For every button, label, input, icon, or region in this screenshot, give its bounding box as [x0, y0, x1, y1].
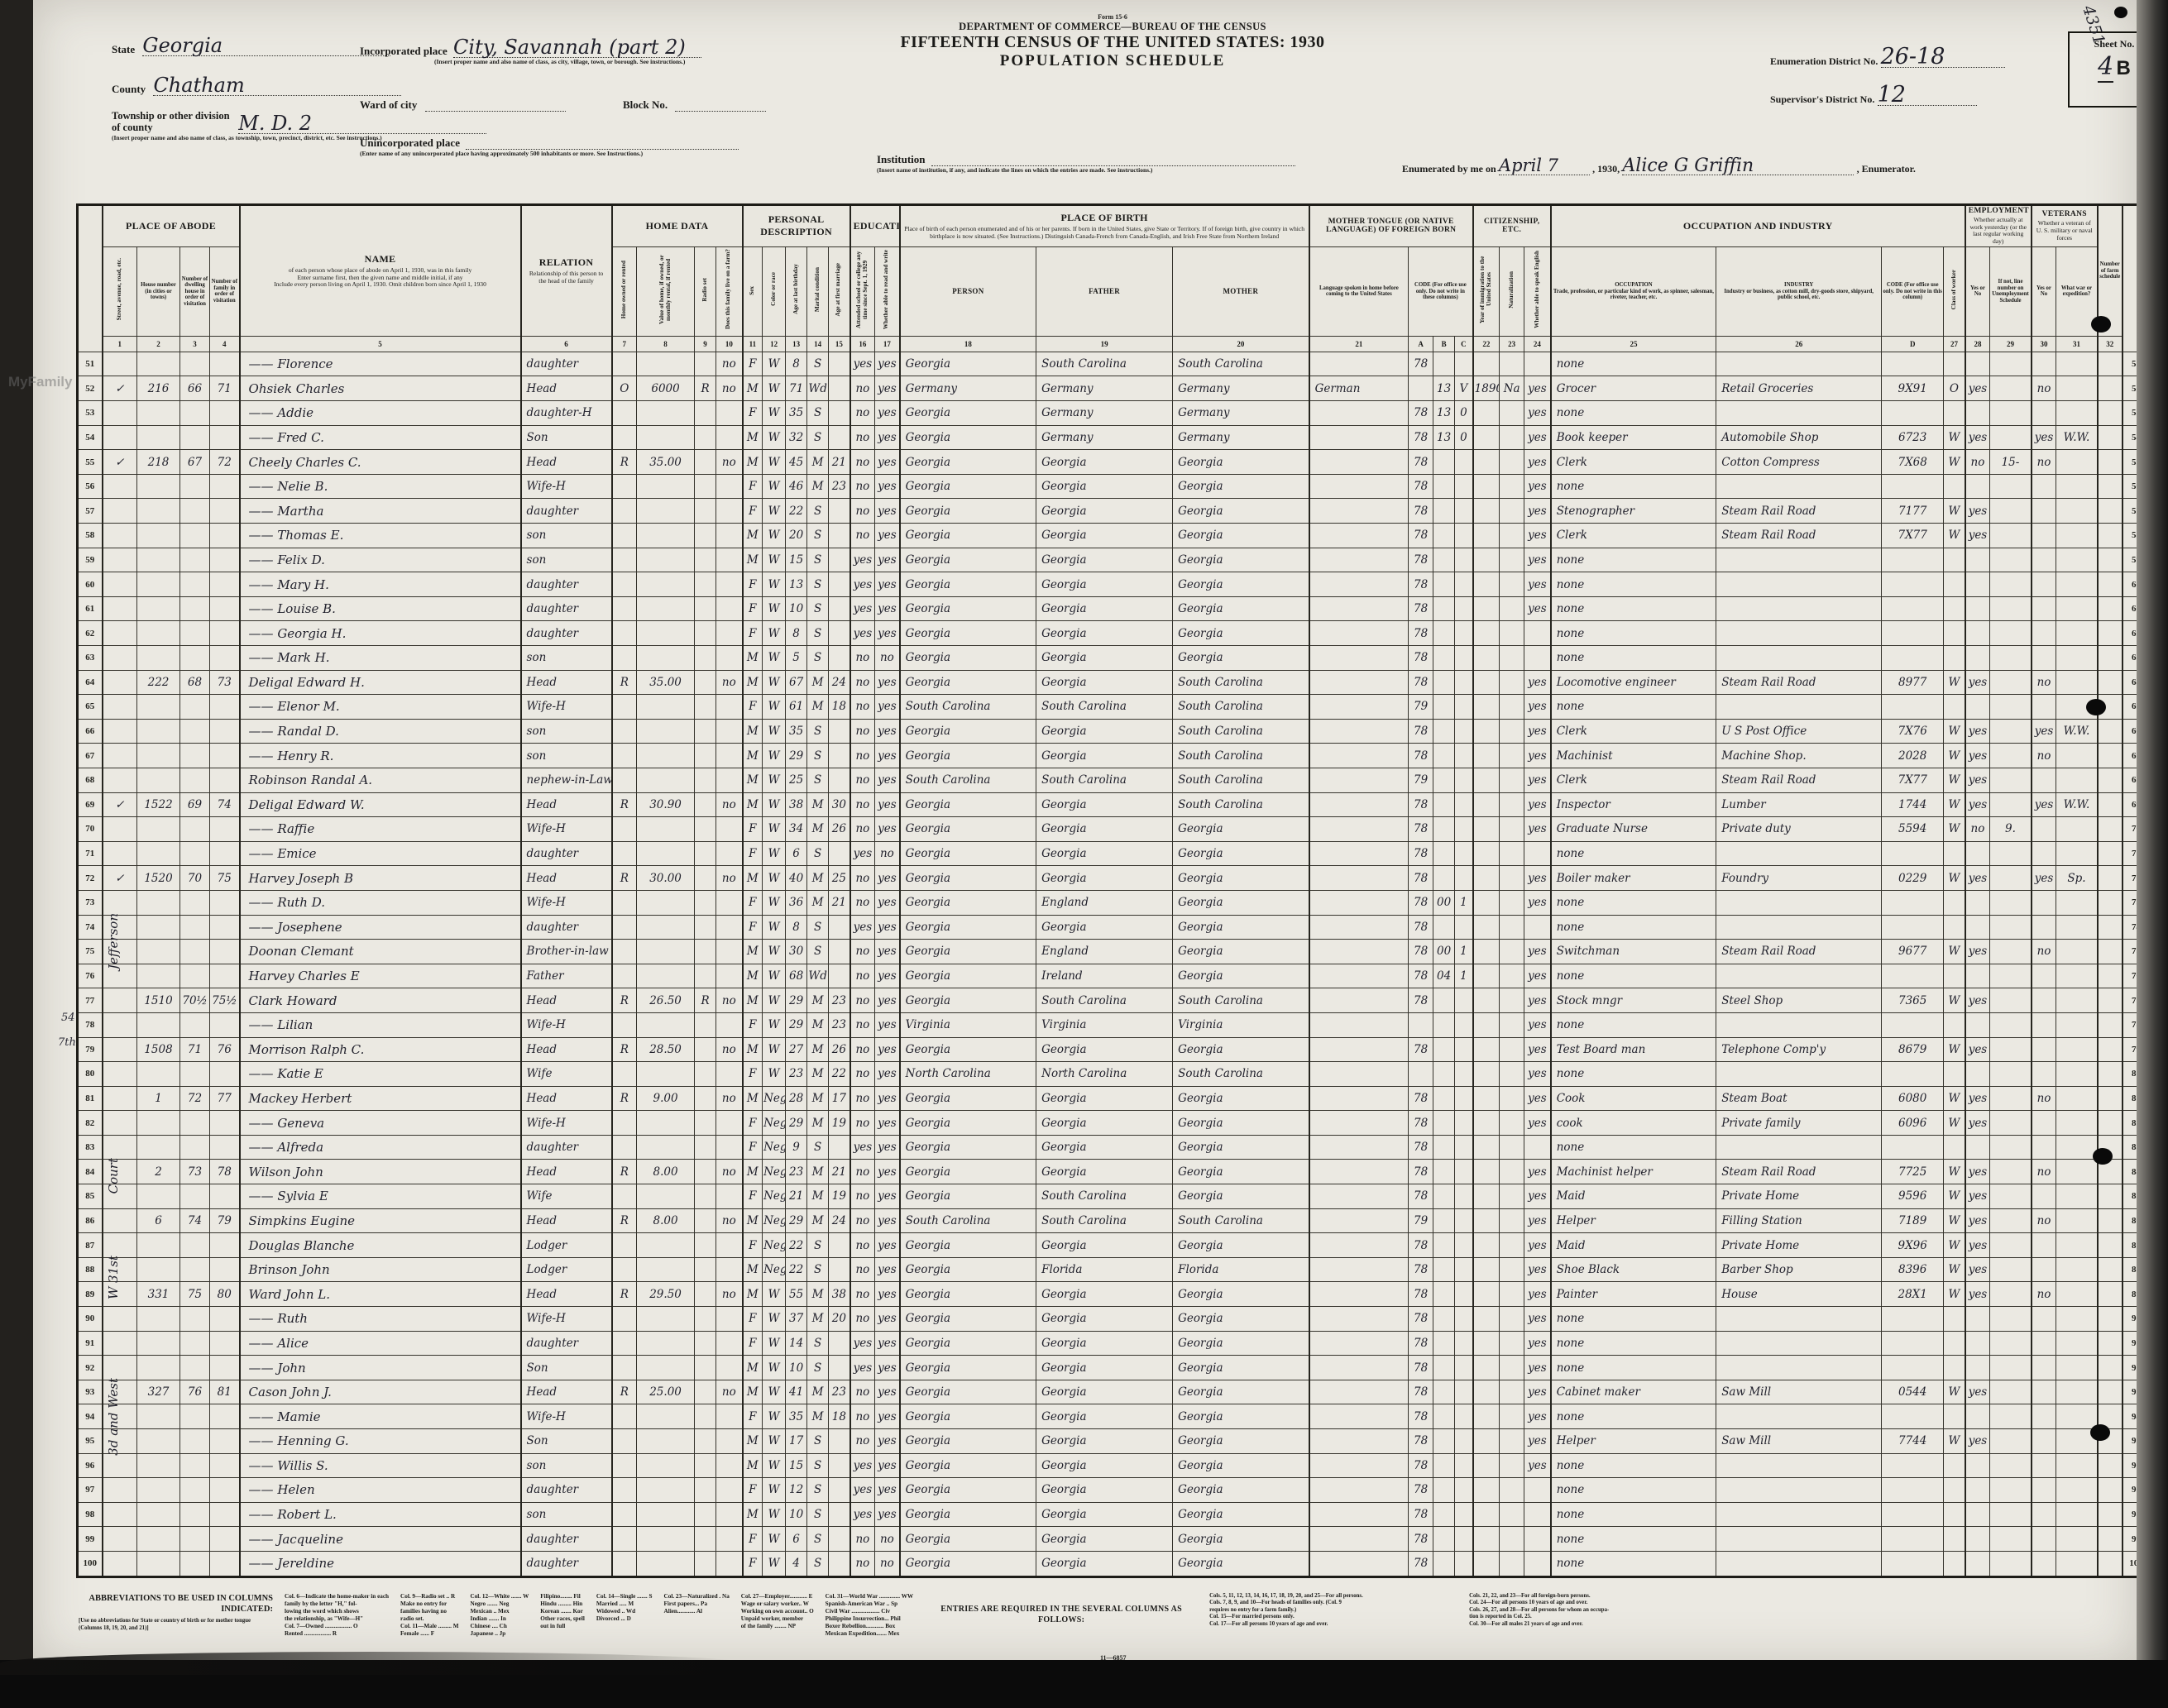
- cell-occupation: none: [1551, 1356, 1716, 1380]
- cell-dwelling-number: [180, 1527, 210, 1552]
- column-number-12: 12: [763, 336, 786, 352]
- cell-farm: [716, 890, 743, 915]
- cell-relation: daughter: [521, 1478, 612, 1503]
- cell-house-number: [137, 1184, 180, 1209]
- cell-occupation: none: [1551, 890, 1716, 915]
- cell-age-first-marriage: [829, 1331, 850, 1356]
- cell-name: —— Georgia H.: [240, 621, 521, 646]
- cell-birthplace-person: Georgia: [900, 425, 1036, 450]
- cell-radio-set: [695, 499, 716, 524]
- cell-immigration-year: [1473, 1502, 1500, 1527]
- cell-marital-condition: S: [807, 1551, 829, 1576]
- cell-naturalization: [1500, 768, 1524, 792]
- cell-marital-condition: S: [807, 499, 829, 524]
- cell-mother-tongue: German: [1309, 376, 1409, 401]
- cell-code-a: 79: [1409, 1208, 1433, 1233]
- cell-code-b: [1433, 817, 1455, 842]
- cell-mother-tongue: [1309, 499, 1409, 524]
- cell-birthplace-father: Georgia: [1036, 499, 1173, 524]
- cell-code-b: [1433, 1282, 1455, 1307]
- cell-birthplace-person: Georgia: [900, 1233, 1036, 1258]
- cell-code-c: [1455, 1037, 1473, 1062]
- cell-relation: Wife-H: [521, 474, 612, 499]
- cell-dwelling-number: [180, 1356, 210, 1380]
- cell-color-race: W: [763, 621, 786, 646]
- cell-attended-school: no: [850, 1086, 875, 1111]
- cell-code-a: 78: [1409, 1453, 1433, 1478]
- cell-color-race: W: [763, 596, 786, 621]
- cell-sex: M: [743, 964, 763, 988]
- cell-radio-set: [695, 1062, 716, 1087]
- cell-at-work: [1965, 646, 1990, 671]
- cell-home-owned: [612, 940, 637, 964]
- cell-read-write: yes: [875, 425, 900, 450]
- cell-immigration-year: [1473, 1404, 1500, 1429]
- cell-family-number: [210, 719, 240, 744]
- cell-code-c: [1455, 695, 1473, 720]
- cell-immigration-year: [1473, 1012, 1500, 1037]
- cell-mother-tongue: [1309, 1307, 1409, 1332]
- cell-war-expedition: [2056, 1404, 2098, 1429]
- cell-dwelling-number: 75: [180, 1282, 210, 1307]
- cell-mother-tongue: [1309, 1012, 1409, 1037]
- cell-birthplace-person: Georgia: [900, 1111, 1036, 1136]
- cell-family-number: 71: [210, 376, 240, 401]
- cell-radio-set: [695, 670, 716, 695]
- cell-sex: F: [743, 890, 763, 915]
- cell-naturalization: [1500, 621, 1524, 646]
- cell-sex: M: [743, 1257, 763, 1282]
- cell-farm: [716, 841, 743, 866]
- cell-house-number: 2: [137, 1160, 180, 1184]
- cell-marital-condition: Wd: [807, 376, 829, 401]
- cell-code-c: [1455, 1012, 1473, 1037]
- cell-radio-set: [695, 915, 716, 940]
- cell-home-owned: [612, 1062, 637, 1087]
- cell-veteran: [2032, 1380, 2056, 1404]
- cell-dwelling-number: [180, 841, 210, 866]
- cell-code-c: [1455, 524, 1473, 548]
- cell-relation: Wife-H: [521, 1404, 612, 1429]
- cell-home-owned: [612, 352, 637, 376]
- cell-read-write: no: [875, 646, 900, 671]
- cell-war-expedition: [2056, 572, 2098, 597]
- table-row: 60—— Mary H.daughterFW13SyesyesGeorgiaGe…: [78, 572, 2151, 597]
- cell-sex: M: [743, 1037, 763, 1062]
- band-education: EDUCATION: [850, 205, 900, 247]
- line-number-left: 73: [78, 890, 103, 915]
- cell-speaks-english: yes: [1524, 719, 1551, 744]
- cell-veteran: [2032, 1478, 2056, 1503]
- cell-occupation-code: [1882, 890, 1944, 915]
- cell-birthplace-father: Georgia: [1036, 1380, 1173, 1404]
- cell-war-expedition: W.W.: [2056, 425, 2098, 450]
- cell-street: [103, 1453, 137, 1478]
- cell-war-expedition: [2056, 1208, 2098, 1233]
- cell-relation: Wife-H: [521, 890, 612, 915]
- cell-farm: [716, 768, 743, 792]
- cell-industry: [1716, 1012, 1882, 1037]
- cell-dwelling-number: [180, 425, 210, 450]
- cell-birthplace-person: Georgia: [900, 1257, 1036, 1282]
- cell-farm: no: [716, 352, 743, 376]
- cell-worker-class: [1944, 1404, 1965, 1429]
- cell-marital-condition: S: [807, 1478, 829, 1503]
- cell-birthplace-mother: Georgia: [1173, 1331, 1309, 1356]
- cell-radio-set: [695, 1551, 716, 1576]
- cell-family-number: [210, 695, 240, 720]
- cell-code-a: 78: [1409, 1233, 1433, 1258]
- cell-speaks-english: yes: [1524, 401, 1551, 426]
- cell-home-value: [637, 1502, 695, 1527]
- cell-street: [103, 646, 137, 671]
- cell-dwelling-number: [180, 1331, 210, 1356]
- cell-speaks-english: yes: [1524, 1208, 1551, 1233]
- cell-birthplace-mother: South Carolina: [1173, 670, 1309, 695]
- cell-immigration-year: [1473, 670, 1500, 695]
- cell-name: Deligal Edward W.: [240, 792, 521, 817]
- cell-code-c: 1: [1455, 890, 1473, 915]
- line-number-left: 71: [78, 841, 103, 866]
- cell-sex: M: [743, 376, 763, 401]
- cell-family-number: [210, 401, 240, 426]
- cell-read-write: yes: [875, 474, 900, 499]
- cell-family-number: [210, 964, 240, 988]
- cell-marital-condition: M: [807, 866, 829, 891]
- cell-speaks-english: yes: [1524, 1331, 1551, 1356]
- cell-farm-schedule: [2098, 1062, 2123, 1087]
- cell-occupation-code: [1882, 695, 1944, 720]
- cell-home-value: [637, 572, 695, 597]
- cell-occupation-code: 9677: [1882, 940, 1944, 964]
- cell-farm: [716, 474, 743, 499]
- cell-color-race: Neg: [763, 1257, 786, 1282]
- cell-birthplace-person: Georgia: [900, 450, 1036, 475]
- cell-code-c: [1455, 1331, 1473, 1356]
- cell-naturalization: [1500, 474, 1524, 499]
- cell-birthplace-father: South Carolina: [1036, 695, 1173, 720]
- cell-veteran: no: [2032, 1208, 2056, 1233]
- cell-code-c: [1455, 744, 1473, 768]
- cell-naturalization: [1500, 890, 1524, 915]
- cell-family-number: [210, 817, 240, 842]
- cell-age-first-marriage: 25: [829, 866, 850, 891]
- cell-home-owned: [612, 915, 637, 940]
- cell-age-first-marriage: [829, 964, 850, 988]
- cell-war-expedition: [2056, 596, 2098, 621]
- cell-war-expedition: [2056, 744, 2098, 768]
- cell-radio-set: [695, 646, 716, 671]
- cell-mother-tongue: [1309, 940, 1409, 964]
- cell-code-c: [1455, 1086, 1473, 1111]
- cell-sex: F: [743, 1111, 763, 1136]
- cell-sex: F: [743, 841, 763, 866]
- cell-veteran: [2032, 695, 2056, 720]
- cell-home-value: [637, 940, 695, 964]
- cell-home-owned: [612, 695, 637, 720]
- cell-veteran: [2032, 1551, 2056, 1576]
- cell-name: —— Fred C.: [240, 425, 521, 450]
- watermark: MyFamily: [8, 374, 72, 390]
- cell-naturalization: [1500, 1282, 1524, 1307]
- cell-speaks-english: yes: [1524, 524, 1551, 548]
- cell-color-race: W: [763, 1307, 786, 1332]
- cell-naturalization: [1500, 866, 1524, 891]
- cell-worker-class: W: [1944, 1282, 1965, 1307]
- cell-farm-schedule: [2098, 1453, 2123, 1478]
- cell-naturalization: [1500, 425, 1524, 450]
- cell-age-first-marriage: [829, 499, 850, 524]
- cell-industry: Steam Rail Road: [1716, 499, 1882, 524]
- cell-dwelling-number: [180, 572, 210, 597]
- cell-code-b: [1433, 450, 1455, 475]
- cell-age: 15: [786, 548, 807, 572]
- cell-speaks-english: yes: [1524, 1184, 1551, 1209]
- cell-age-first-marriage: 21: [829, 890, 850, 915]
- cell-relation: son: [521, 646, 612, 671]
- cell-war-expedition: [2056, 1502, 2098, 1527]
- cell-occupation-code: [1882, 548, 1944, 572]
- cell-birthplace-father: Georgia: [1036, 1233, 1173, 1258]
- cell-attended-school: no: [850, 940, 875, 964]
- cell-street: [103, 524, 137, 548]
- band-place-of-abode: PLACE OF ABODE: [103, 205, 240, 247]
- cell-read-write: yes: [875, 401, 900, 426]
- cell-mother-tongue: [1309, 792, 1409, 817]
- cell-occupation: Boiler maker: [1551, 866, 1716, 891]
- cell-family-number: [210, 1404, 240, 1429]
- cell-house-number: [137, 768, 180, 792]
- cell-relation: daughter: [521, 915, 612, 940]
- cell-veteran: [2032, 401, 2056, 426]
- cell-farm: [716, 425, 743, 450]
- cell-code-b: [1433, 499, 1455, 524]
- cell-color-race: W: [763, 1282, 786, 1307]
- cell-home-owned: [612, 719, 637, 744]
- cell-relation: Wife-H: [521, 1307, 612, 1332]
- cell-veteran: [2032, 1111, 2056, 1136]
- line-number-left: 81: [78, 1086, 103, 1111]
- cell-birthplace-person: Georgia: [900, 866, 1036, 891]
- cell-sex: M: [743, 744, 763, 768]
- cell-family-number: [210, 548, 240, 572]
- cell-radio-set: [695, 1478, 716, 1503]
- cell-unemployment-line: [1990, 1478, 2032, 1503]
- cell-street: [103, 1086, 137, 1111]
- line-number-left: 84: [78, 1160, 103, 1184]
- cell-read-write: yes: [875, 744, 900, 768]
- cell-speaks-english: [1524, 646, 1551, 671]
- cell-read-write: yes: [875, 1135, 900, 1160]
- cell-worker-class: W: [1944, 719, 1965, 744]
- cell-relation: Head: [521, 1086, 612, 1111]
- cell-home-owned: R: [612, 866, 637, 891]
- cell-street: [103, 425, 137, 450]
- cell-birthplace-mother: Georgia: [1173, 1429, 1309, 1454]
- cell-read-write: yes: [875, 1111, 900, 1136]
- cell-color-race: Neg: [763, 1086, 786, 1111]
- col-header-20: Year of immigration to the United States: [1473, 246, 1500, 336]
- cell-marital-condition: M: [807, 890, 829, 915]
- cell-radio-set: R: [695, 376, 716, 401]
- cell-home-value: [637, 1135, 695, 1160]
- cell-unemployment-line: [1990, 596, 2032, 621]
- cell-veteran: [2032, 621, 2056, 646]
- cell-farm: [716, 1062, 743, 1087]
- cell-war-expedition: [2056, 670, 2098, 695]
- cell-worker-class: W: [1944, 1429, 1965, 1454]
- cell-war-expedition: [2056, 1037, 2098, 1062]
- cell-attended-school: no: [850, 1037, 875, 1062]
- cell-birthplace-person: Georgia: [900, 1502, 1036, 1527]
- cell-code-a: 78: [1409, 940, 1433, 964]
- cell-birthplace-mother: Georgia: [1173, 524, 1309, 548]
- cell-birthplace-person: Virginia: [900, 1012, 1036, 1037]
- cell-marital-condition: S: [807, 548, 829, 572]
- cell-at-work: yes: [1965, 940, 1990, 964]
- cell-worker-class: [1944, 695, 1965, 720]
- cell-code-c: [1455, 621, 1473, 646]
- cell-street: [103, 1135, 137, 1160]
- cell-color-race: Neg: [763, 1111, 786, 1136]
- band-relation: RELATIONRelationship of this person to t…: [521, 205, 612, 337]
- cell-occupation: cook: [1551, 1111, 1716, 1136]
- cell-name: —— Willis S.: [240, 1453, 521, 1478]
- cell-war-expedition: W.W.: [2056, 719, 2098, 744]
- cell-immigration-year: [1473, 1282, 1500, 1307]
- table-row: 8117277Mackey HerbertHeadR9.00noMNeg28M1…: [78, 1086, 2151, 1111]
- cell-age-first-marriage: [829, 719, 850, 744]
- cell-birthplace-mother: Georgia: [1173, 1356, 1309, 1380]
- cell-code-b: [1433, 719, 1455, 744]
- line-number-left: 96: [78, 1453, 103, 1478]
- cell-read-write: yes: [875, 1453, 900, 1478]
- cell-name: —— Thomas E.: [240, 524, 521, 548]
- cell-birthplace-father: Georgia: [1036, 548, 1173, 572]
- cell-dwelling-number: [180, 940, 210, 964]
- cell-home-value: [637, 1453, 695, 1478]
- cell-veteran: yes: [2032, 425, 2056, 450]
- census-title: FIFTEENTH CENSUS OF THE UNITED STATES: 1…: [798, 33, 1427, 52]
- cell-age: 12: [786, 1478, 807, 1503]
- cell-farm-schedule: [2098, 719, 2123, 744]
- cell-age-first-marriage: [829, 1233, 850, 1258]
- cell-war-expedition: [2056, 401, 2098, 426]
- cell-name: —— Josephene: [240, 915, 521, 940]
- cell-farm: [716, 1404, 743, 1429]
- cell-color-race: W: [763, 1404, 786, 1429]
- cell-birthplace-father: Georgia: [1036, 1282, 1173, 1307]
- cell-code-a: [1409, 1012, 1433, 1037]
- cell-worker-class: W: [1944, 940, 1965, 964]
- cell-birthplace-mother: Georgia: [1173, 596, 1309, 621]
- cell-war-expedition: [2056, 1111, 2098, 1136]
- cell-age: 68: [786, 964, 807, 988]
- cell-naturalization: [1500, 524, 1524, 548]
- cell-house-number: [137, 695, 180, 720]
- cell-attended-school: yes: [850, 548, 875, 572]
- cell-immigration-year: [1473, 988, 1500, 1013]
- cell-unemployment-line: [1990, 890, 2032, 915]
- cell-age-first-marriage: [829, 572, 850, 597]
- cell-at-work: yes: [1965, 499, 1990, 524]
- cell-home-value: [637, 841, 695, 866]
- cell-farm: no: [716, 1208, 743, 1233]
- cell-at-work: [1965, 548, 1990, 572]
- cell-sex: M: [743, 646, 763, 671]
- cell-attended-school: no: [850, 1257, 875, 1282]
- cell-veteran: [2032, 1527, 2056, 1552]
- block-field: Block No.: [623, 98, 766, 112]
- table-row: 96—— Willis S.sonMW15SyesyesGeorgiaGeorg…: [78, 1453, 2151, 1478]
- cell-mother-tongue: [1309, 890, 1409, 915]
- cell-birthplace-father: Georgia: [1036, 1478, 1173, 1503]
- cell-war-expedition: [2056, 1062, 2098, 1087]
- cell-birthplace-mother: Georgia: [1173, 450, 1309, 475]
- cell-farm-schedule: [2098, 1282, 2123, 1307]
- cell-dwelling-number: 68: [180, 670, 210, 695]
- cell-birthplace-person: South Carolina: [900, 1208, 1036, 1233]
- cell-dwelling-number: [180, 890, 210, 915]
- cell-sex: F: [743, 1184, 763, 1209]
- cell-unemployment-line: [1990, 1404, 2032, 1429]
- cell-occupation-code: 7X68: [1882, 450, 1944, 475]
- table-row: 53—— Addiedaughter-HFW35SnoyesGeorgiaGer…: [78, 401, 2151, 426]
- cell-radio-set: [695, 1233, 716, 1258]
- cell-unemployment-line: [1990, 940, 2032, 964]
- cell-code-c: 1: [1455, 964, 1473, 988]
- cell-dwelling-number: [180, 596, 210, 621]
- cell-name: —— Felix D.: [240, 548, 521, 572]
- cell-dwelling-number: [180, 744, 210, 768]
- cell-immigration-year: [1473, 1111, 1500, 1136]
- line-number-left: 95: [78, 1429, 103, 1454]
- cell-home-owned: R: [612, 1380, 637, 1404]
- band-employment: EMPLOYMENTWhether actually at work yeste…: [1965, 205, 2032, 247]
- cell-age-first-marriage: [829, 768, 850, 792]
- cell-birthplace-father: Germany: [1036, 425, 1173, 450]
- cell-naturalization: [1500, 1380, 1524, 1404]
- cell-mother-tongue: [1309, 352, 1409, 376]
- column-number-11: 11: [743, 336, 763, 352]
- cell-attended-school: no: [850, 1160, 875, 1184]
- cell-marital-condition: S: [807, 1233, 829, 1258]
- cell-house-number: [137, 1527, 180, 1552]
- cell-occupation: none: [1551, 474, 1716, 499]
- cell-sex: F: [743, 401, 763, 426]
- cell-age: 29: [786, 1012, 807, 1037]
- cell-marital-condition: M: [807, 817, 829, 842]
- cell-code-b: [1433, 1086, 1455, 1111]
- line-number-left: 53: [78, 401, 103, 426]
- cell-name: —— Ruth D.: [240, 890, 521, 915]
- col-header-21: Naturalization: [1500, 246, 1524, 336]
- line-number-left: 74: [78, 915, 103, 940]
- cell-age: 27: [786, 1037, 807, 1062]
- cell-unemployment-line: [1990, 1111, 2032, 1136]
- cell-occupation-code: [1882, 841, 1944, 866]
- cell-code-b: [1433, 1551, 1455, 1576]
- ward-label: Ward of city: [360, 98, 417, 111]
- cell-code-b: [1433, 474, 1455, 499]
- line-number-left: 61: [78, 596, 103, 621]
- cell-farm: [716, 524, 743, 548]
- cell-age-first-marriage: 26: [829, 817, 850, 842]
- cell-industry: Lumber: [1716, 792, 1882, 817]
- cell-home-value: [637, 1257, 695, 1282]
- cell-at-work: [1965, 474, 1990, 499]
- cell-code-c: [1455, 1404, 1473, 1429]
